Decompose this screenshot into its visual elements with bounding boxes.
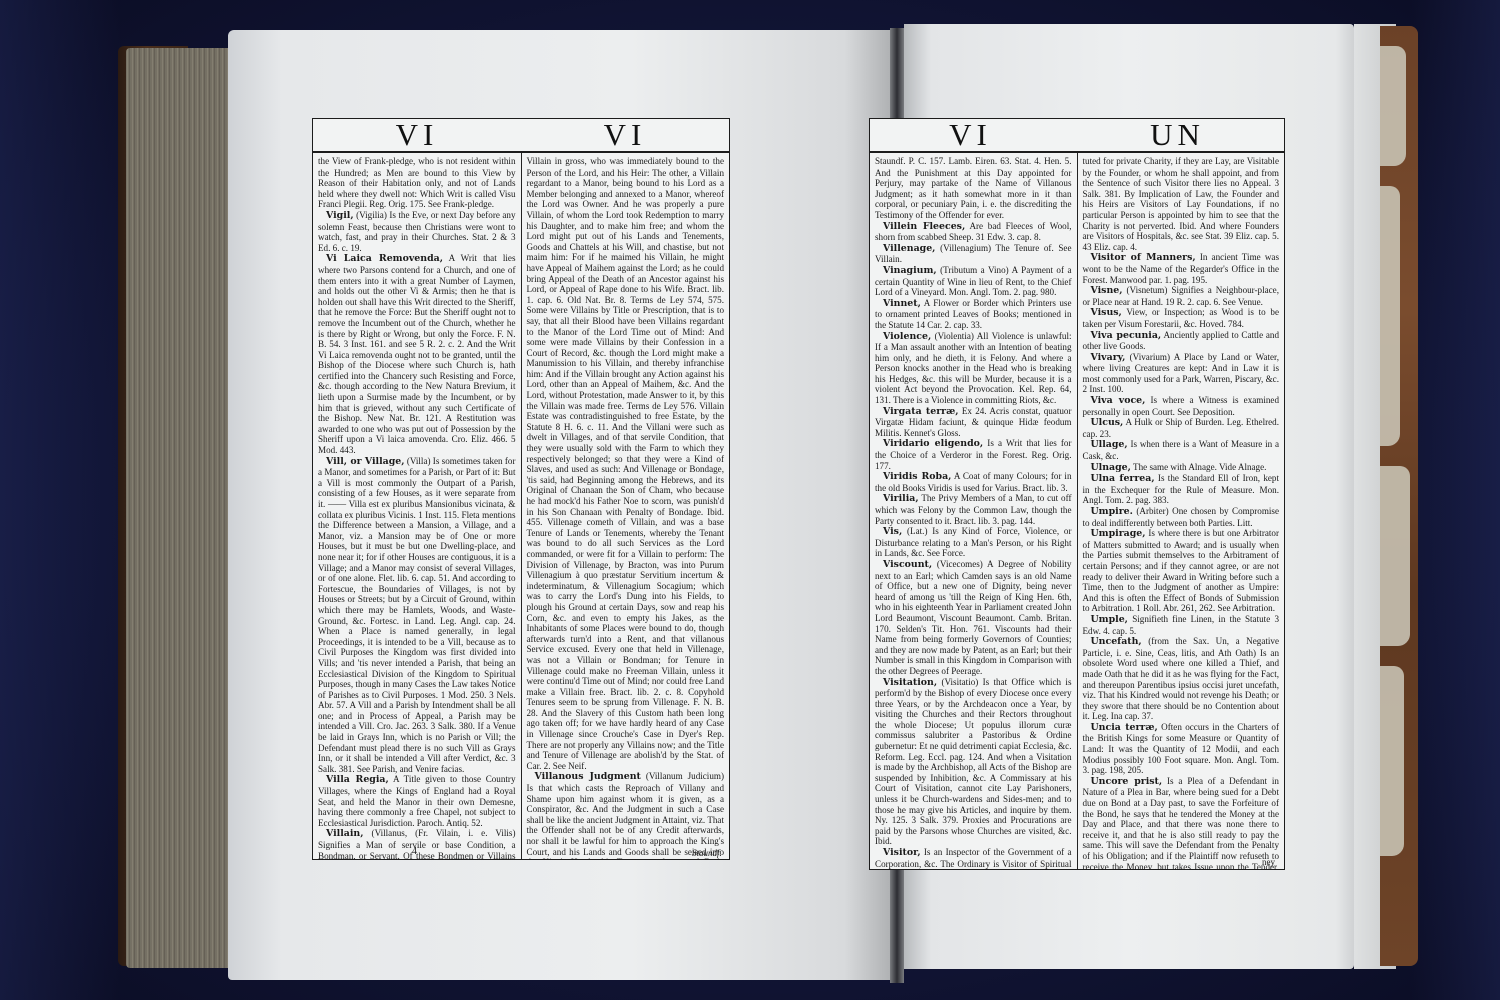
dictionary-entry: Vinnet, A Flower or Border which Printer… xyxy=(875,298,1072,331)
dictionary-entry: Vi Laica Removenda, A Writ that lies whe… xyxy=(318,253,516,455)
dictionary-entry: Vigil, (Vigilia) Is the Eve, or next Day… xyxy=(318,210,516,253)
dictionary-entry: tuted for private Charity, if they are L… xyxy=(1083,156,1280,252)
cloth-fold-left xyxy=(0,0,120,1000)
left-page-column-2: Villain in gross, who was immediately bo… xyxy=(521,153,730,859)
dictionary-entry: Ulna ferrea, Is the Standard Ell of Iron… xyxy=(1083,473,1280,506)
dictionary-entry: Umpirage, Is where there is but one Arbi… xyxy=(1083,528,1280,614)
worn-binding-patch xyxy=(1380,186,1400,446)
right-running-head: VI UN xyxy=(870,119,1284,153)
dictionary-entry: Visne, (Visnetum) Signifies a Neighbour-… xyxy=(1083,285,1280,307)
dictionary-entry: Virgata terræ, Ex 24. Acris constat, qua… xyxy=(875,406,1072,439)
running-head-right-col: UN xyxy=(1150,117,1205,153)
worn-binding-patch xyxy=(1380,46,1406,166)
dictionary-entry: the View of Frank-pledge, who is not res… xyxy=(318,156,516,210)
dictionary-entry: Viridis Roba, A Coat of many Colours; fo… xyxy=(875,471,1072,493)
right-page-column-2: tuted for private Charity, if they are L… xyxy=(1077,153,1285,869)
dictionary-entry: Villein Fleeces, Are bad Fleeces of Wool… xyxy=(875,221,1072,243)
dictionary-entry: Uncore prist, Is a Plea of a Defendant i… xyxy=(1083,776,1280,869)
dictionary-entry: Violence, (Violentia) All Violence is un… xyxy=(875,331,1072,406)
dictionary-entry: Ulnage, The same with Alnage. Vide Alnag… xyxy=(1083,462,1280,474)
dictionary-entry: Virilia, The Privy Members of a Man, to … xyxy=(875,493,1072,526)
dictionary-entry: Villenage, (Villenagium) The Tenure of. … xyxy=(875,243,1072,265)
dictionary-entry: Staundf. P. C. 157. Lamb. Eiren. 63. Sta… xyxy=(875,156,1072,221)
dictionary-entry: Vill, or Village, (Villa) Is sometimes t… xyxy=(318,456,516,775)
dictionary-entry: Villain in gross, who was immediately bo… xyxy=(527,156,725,771)
dictionary-entry: Ullage, Is when there is a Want of Measu… xyxy=(1083,439,1280,461)
dictionary-entry: Viva voce, Is where a Witness is examine… xyxy=(1083,395,1280,417)
cloth-fold-right xyxy=(1410,0,1500,1000)
worn-binding-patch xyxy=(1380,466,1410,646)
dictionary-entry: Viscount, (Vicecomes) A Degree of Nobili… xyxy=(875,559,1072,677)
dictionary-entry: Villanous Judgment (Villanum Judicium) I… xyxy=(527,771,725,859)
page-number: 4 xyxy=(412,846,417,857)
dictionary-entry: Viva pecunia, Anciently applied to Cattl… xyxy=(1083,330,1280,352)
running-head-left-col: VI xyxy=(396,117,439,153)
dictionary-entry: Vivary, (Vivarium) A Place by Land or Wa… xyxy=(1083,352,1280,395)
catchword: ney xyxy=(1262,857,1275,867)
catchword: Staundf. xyxy=(692,848,722,858)
dictionary-entry: Visitor, Is an Inspector of the Governme… xyxy=(875,847,1072,869)
right-cover-leather xyxy=(1380,26,1418,966)
right-page-text-block: VI UN Staundf. P. C. 157. Lamb. Eiren. 6… xyxy=(869,118,1285,870)
page-block-edge xyxy=(126,48,238,968)
dictionary-entry: Umple, Signifieth fine Linen, in the Sta… xyxy=(1083,614,1280,636)
left-running-head: VI VI xyxy=(313,119,729,153)
dictionary-entry: Vinagium, (Tributum a Vino) A Payment of… xyxy=(875,265,1072,298)
dictionary-entry: Vis, (Lat.) Is any Kind of Force, Violen… xyxy=(875,526,1072,559)
running-head-left-col: VI xyxy=(949,117,992,153)
left-page-text-block: VI VI the View of Frank-pledge, who is n… xyxy=(312,118,730,860)
dictionary-entry: Villa Regia, A Title given to those Coun… xyxy=(318,774,516,828)
dictionary-entry: Visus, View, or Inspection; as Wood is t… xyxy=(1083,307,1280,329)
dictionary-entry: Viridario eligendo, Is a Writ that lies … xyxy=(875,438,1072,471)
worn-binding-patch xyxy=(1380,666,1404,856)
dictionary-entry: Visitor of Manners, In ancient Time was … xyxy=(1083,252,1280,285)
dictionary-entry: Ulcus, A Hulk or Ship of Burden. Leg. Et… xyxy=(1083,417,1280,439)
dictionary-entry: Uncefath, (from the Sax. Un, a Negative … xyxy=(1083,636,1280,722)
left-page-column-1: the View of Frank-pledge, who is not res… xyxy=(313,153,521,859)
dictionary-entry: Visitation, (Visitatio) Is that Office w… xyxy=(875,677,1072,848)
dictionary-entry: Uncia terræ, Often occurs in the Charter… xyxy=(1083,722,1280,776)
dictionary-entry: Umpire. (Arbiter) One chosen by Compromi… xyxy=(1083,506,1280,528)
running-head-right-col: VI xyxy=(604,117,647,153)
right-page-column-1: Staundf. P. C. 157. Lamb. Eiren. 63. Sta… xyxy=(870,153,1077,869)
